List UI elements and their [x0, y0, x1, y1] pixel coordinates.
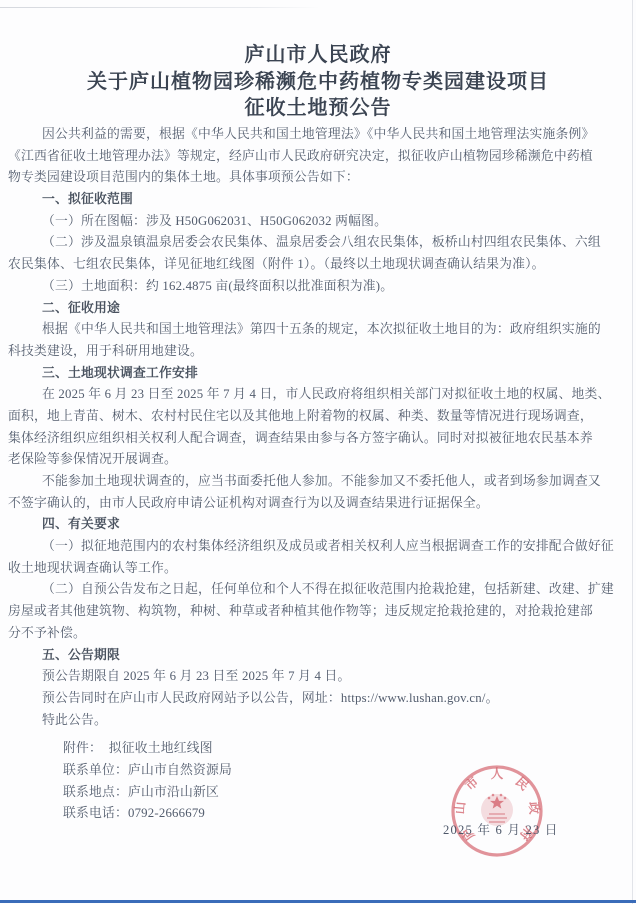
scan-artifact-right-edge — [632, 0, 633, 904]
scanned-notice-page: 庐山市人民政府 关于庐山植物园珍稀濒危中药植物专类园建设项目 征收土地预公告 因… — [0, 0, 636, 904]
section-heading-5: 五、公告期限 — [8, 645, 624, 667]
section-1-item: （二）涉及温泉镇温泉居委会农民集体、温泉居委会八组农民集体，板桥山村四组农民集体… — [8, 232, 624, 254]
section-heading-2: 二、征收用途 — [8, 298, 624, 320]
official-seal: 庐山市人民政府 — [450, 764, 544, 858]
seal-small-star-icon — [504, 797, 507, 800]
section-1-item: 农民集体、七组农民集体，详见征地红线图（附件 1）。（最终以土地现状调查确认结果… — [8, 254, 624, 276]
section-5-text: 预公告期限自 2025 年 6 月 23 日至 2025 年 7 月 4 日。 — [8, 666, 624, 688]
section-heading-3: 三、土地现状调查工作安排 — [8, 363, 624, 385]
section-3-text: 集体经济组织应组织相关权利人配合调查，调查结果由参与各方签字确认。同时对拟被征地… — [8, 428, 624, 450]
seal-character: 政 — [526, 800, 542, 815]
seal-small-star-icon — [492, 794, 495, 797]
closing-line: 特此公告。 — [8, 710, 624, 732]
seal-small-star-icon — [488, 797, 491, 800]
seal-character: 市 — [462, 773, 482, 793]
issue-date: 2025 年 6 月 23 日 — [443, 819, 559, 838]
intro-line: 《江西省征收土地管理办法》等规定，经庐山市人民政府研究决定，拟征收庐山植物园珍稀… — [8, 146, 624, 168]
scan-artifact-top-edge — [0, 7, 320, 8]
section-3-text: 面积，地上青苗、树木、农村村民住宅以及其他地上附着物的权属、种类、数量等情况进行… — [8, 406, 624, 428]
bottom-border — [0, 900, 636, 903]
section-1-item: （三）土地面积：约 162.4875 亩(最终面积以批准面积为准)。 — [8, 276, 624, 298]
section-4-item: 房屋或者其他建筑物、构筑物，种树、种草或者种植其他作物等；违反规定抢栽抢建的，对… — [8, 601, 624, 623]
seal-character: 人 — [491, 767, 504, 781]
intro-line: 物专类园建设项目范围内的集体土地。具体事项预公告如下： — [8, 167, 624, 189]
section-2-text: 根据《中华人民共和国土地管理法》第四十五条的规定，本次拟征收土地目的为：政府组织… — [8, 319, 624, 341]
section-5-text: 预公告同时在庐山市人民政府网站予以公告，网址：https://www.lusha… — [8, 688, 624, 710]
notice-body: 因公共利益的需要，根据《中华人民共和国土地管理法》《中华人民共和国土地管理法实施… — [8, 124, 624, 825]
section-4-item: （二）自预公告发布之日起，任何单位和个人不得在拟征收范围内抢栽抢建，包括新建、改… — [8, 579, 624, 601]
section-heading-1: 一、拟征收范围 — [8, 189, 624, 211]
section-heading-4: 四、有关要求 — [8, 514, 624, 536]
seal-small-star-icon — [500, 794, 503, 797]
notice-title-type: 征收土地预公告 — [0, 95, 636, 122]
section-1-item: （一）所在图幅：涉及 H50G062031、H50G062032 两幅图。 — [8, 211, 624, 233]
notice-title-block: 庐山市人民政府 关于庐山植物园珍稀濒危中药植物专类园建设项目 征收土地预公告 — [0, 42, 636, 122]
seal-character: 民 — [513, 774, 532, 793]
section-3-text: 老保险等参保情况开展调查。 — [8, 449, 624, 471]
intro-line: 因公共利益的需要，根据《中华人民共和国土地管理法》《中华人民共和国土地管理法实施… — [8, 124, 624, 146]
section-3-text: 不能参加土地现状调查的，应当书面委托他人参加。不能参加又不委托他人，或者到场参加… — [8, 471, 624, 493]
notice-title-subject: 关于庐山植物园珍稀濒危中药植物专类园建设项目 — [0, 69, 636, 96]
section-4-item: （一）拟征地范围内的农村集体经济组织及成员或者相关权利人应当根据调查工作的安排配… — [8, 536, 624, 558]
notice-title-org: 庐山市人民政府 — [0, 42, 636, 69]
section-3-text: 在 2025 年 6 月 23 日至 2025 年 7 月 4 日，市人民政府将… — [8, 384, 624, 406]
section-4-item: 分不予补偿。 — [8, 623, 624, 645]
section-4-item: 收土地现状调查确认等工作。 — [8, 558, 624, 580]
attachment-line: 附件： 拟征收土地红线图 — [8, 738, 624, 760]
section-2-text: 科技类建设，用于科研用地建设。 — [8, 341, 624, 363]
seal-character: 山 — [453, 801, 468, 815]
section-3-text: 不签字确认的，由市人民政府申请公证机构对调查行为以及调查结果进行证据保全。 — [8, 493, 624, 515]
